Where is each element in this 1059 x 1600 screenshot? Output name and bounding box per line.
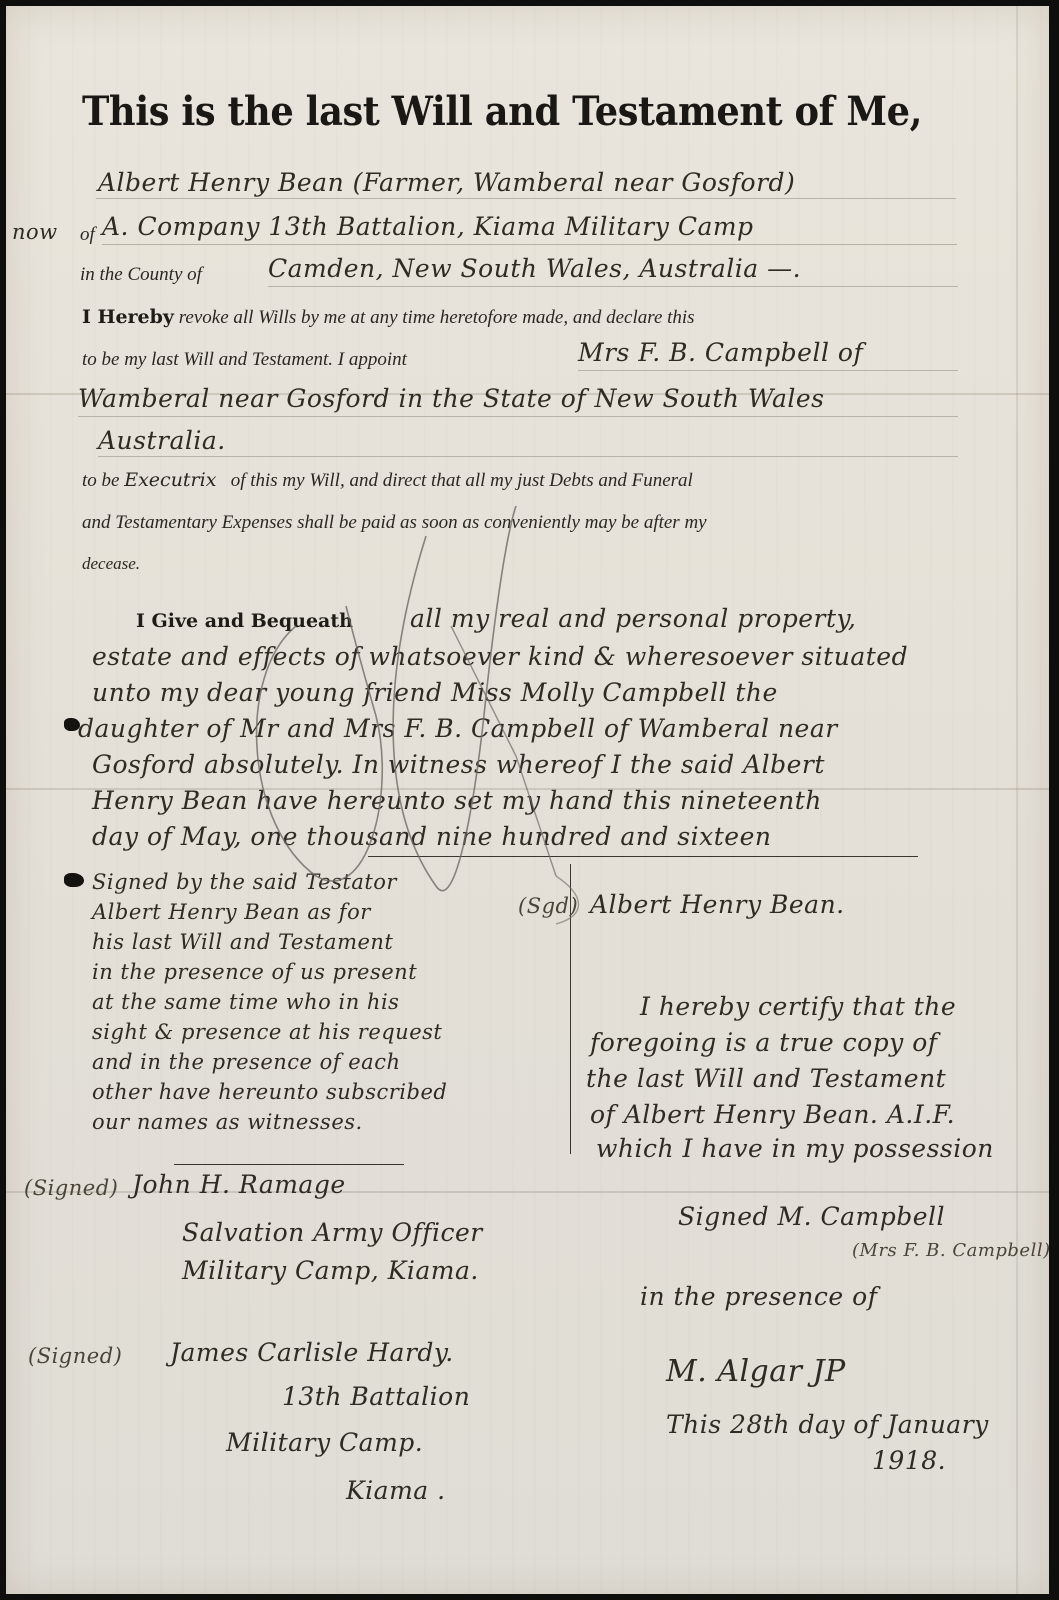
- fill-line: [96, 198, 956, 199]
- revoke-lead: I Hereby: [82, 306, 174, 328]
- jp-signature: M. Algar JP: [666, 1354, 846, 1389]
- certification-line: foregoing is a true copy of: [590, 1028, 938, 1057]
- witness-prefix: (Signed): [28, 1344, 122, 1368]
- certification-line: the last Will and Testament: [586, 1064, 946, 1093]
- witness-detail: Salvation Army Officer: [182, 1218, 483, 1247]
- witness-name: John H. Ramage: [132, 1170, 346, 1199]
- fill-line: [268, 286, 958, 287]
- signature-prefix: (Sgd): [518, 894, 578, 918]
- attestation-line: at the same time who in his: [92, 990, 399, 1014]
- expenses-clause: and Testamentary Expenses shall be paid …: [82, 512, 707, 534]
- attestation-line: sight & presence at his request: [92, 1020, 442, 1044]
- bequest-line: all my real and personal property,: [410, 604, 856, 633]
- county-label: in the County of: [80, 264, 202, 286]
- decease-text: decease.: [82, 554, 140, 574]
- executrix-role: Executrix: [124, 469, 216, 491]
- document-title: This is the last Will and Testament of M…: [82, 88, 922, 135]
- section-divider: [368, 856, 918, 857]
- bequest-lead: I Give and Bequeath: [136, 610, 353, 633]
- attestation-line: in the presence of us present: [92, 960, 417, 984]
- paper-fold-line: [1016, 6, 1018, 1594]
- certification-line: which I have in my possession: [596, 1134, 994, 1163]
- testator-name-line: Albert Henry Bean (Farmer, Wamberal near…: [98, 168, 795, 197]
- certifier-note: (Mrs F. B. Campbell): [852, 1240, 1051, 1261]
- executrix-name: Mrs F. B. Campbell of: [578, 338, 863, 367]
- fill-line: [102, 244, 957, 245]
- attestation-line: other have hereunto subscribed: [92, 1080, 447, 1104]
- witness-prefix: (Signed): [24, 1176, 118, 1200]
- attestation-line: our names as witnesses.: [92, 1110, 363, 1134]
- paper-damage-hole: [64, 718, 80, 731]
- revoke-clause: I Hereby revoke all Wills by me at any t…: [82, 306, 695, 329]
- bequest-line: Gosford absolutely. In witness whereof I…: [92, 750, 825, 779]
- attestation-line: his last Will and Testament: [92, 930, 393, 954]
- witness-detail: Military Camp, Kiama.: [182, 1256, 479, 1285]
- paper-damage-hole: [64, 873, 84, 887]
- certification-date: This 28th day of January: [666, 1410, 989, 1439]
- fill-line: [578, 370, 958, 371]
- testator-signature: Albert Henry Bean.: [590, 890, 845, 919]
- pencil-scribble-mark: [226, 496, 586, 926]
- attestation-line: Signed by the said Testator: [92, 870, 397, 894]
- fill-line: [78, 416, 958, 417]
- attestation-line: Albert Henry Bean as for: [92, 900, 371, 924]
- will-document-page: This is the last Will and Testament of M…: [6, 6, 1049, 1594]
- appoint-text: to be my last Will and Testament. I appo…: [82, 349, 407, 371]
- bequest-line: Henry Bean have hereunto set my hand thi…: [92, 786, 822, 815]
- executrix-post: of this my Will, and direct that all my …: [231, 470, 693, 491]
- bequest-line: day of May, one thousand nine hundred an…: [92, 822, 771, 851]
- bequest-line: unto my dear young friend Miss Molly Cam…: [92, 678, 778, 707]
- county-value: Camden, New South Wales, Australia —.: [268, 254, 801, 283]
- executrix-clause: to be Executrix of this my Will, and dir…: [82, 469, 693, 492]
- certification-year: 1918.: [872, 1446, 946, 1475]
- certification-line: I hereby certify that the: [640, 992, 956, 1021]
- executrix-pre: to be: [82, 470, 119, 491]
- certification-line: of Albert Henry Bean. A.I.F.: [590, 1100, 955, 1129]
- margin-note: now: [12, 220, 58, 244]
- witness-detail: 13th Battalion: [282, 1382, 470, 1411]
- certifier-signature: Signed M. Campbell: [678, 1202, 945, 1231]
- fill-line: [98, 456, 958, 457]
- witness-name: James Carlisle Hardy.: [170, 1338, 454, 1367]
- bequest-line: estate and effects of whatsoever kind & …: [92, 642, 908, 671]
- witness-detail: Kiama .: [346, 1476, 446, 1505]
- bequest-line: daughter of Mr and Mrs F. B. Campbell of…: [78, 714, 838, 743]
- address-line: A. Company 13th Battalion, Kiama Militar…: [102, 212, 754, 241]
- signature-rule: [174, 1164, 404, 1165]
- executrix-address: Wamberal near Gosford in the State of Ne…: [78, 384, 824, 413]
- witness-detail: Military Camp.: [226, 1428, 423, 1457]
- presence-text: in the presence of: [640, 1282, 877, 1311]
- executrix-country: Australia.: [98, 426, 226, 455]
- revoke-text: revoke all Wills by me at any time heret…: [179, 307, 695, 328]
- attestation-line: and in the presence of each: [92, 1050, 400, 1074]
- of-label: of: [80, 224, 95, 246]
